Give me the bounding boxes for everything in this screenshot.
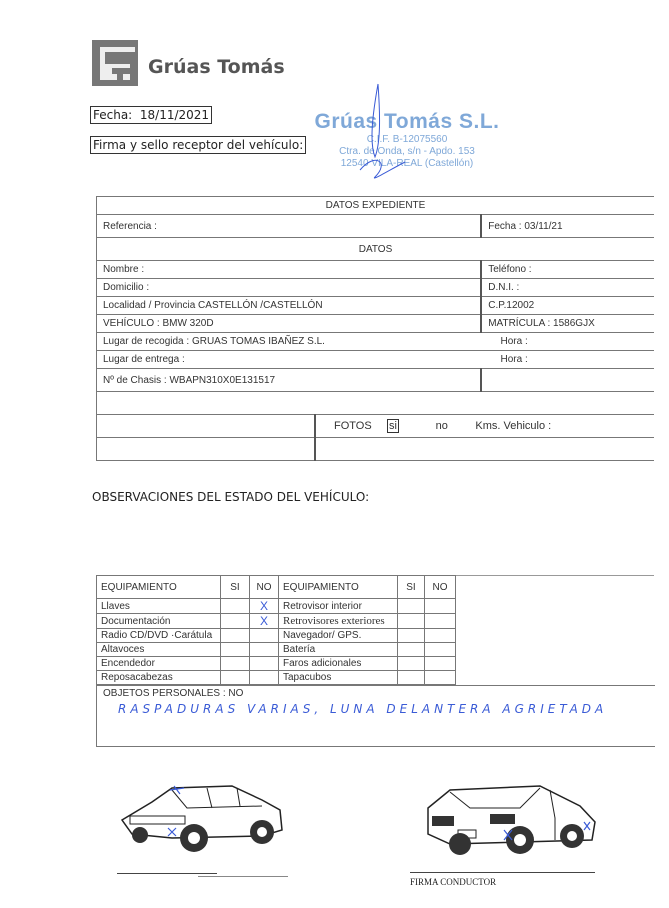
expediente-table: DATOS EXPEDIENTE Referencia : Fecha : 03… [96,196,654,461]
equip-si-right[interactable] [398,629,425,643]
matricula-field: MATRÍCULA : 1586GJX [481,315,654,333]
equip-no-left[interactable] [250,629,279,643]
header-no-right: NO [425,576,456,599]
equip-no-right[interactable] [425,643,456,657]
header-equipamiento-right: EQUIPAMIENTO [279,576,398,599]
equip-item-left: Altavoces [97,643,221,657]
fotos-row: FOTOS si no Kms. Vehiculo : [315,415,654,438]
company-logo-icon [92,40,138,86]
equip-si-left[interactable] [221,599,250,614]
equip-si-left[interactable] [221,657,250,671]
equip-no-right[interactable] [425,671,456,685]
referencia-field: Referencia : [103,221,157,232]
section-title-datos: DATOS [97,238,655,261]
bottom-right-cell [315,438,654,461]
observaciones-title: OBSERVACIONES DEL ESTADO DEL VEHÍCULO: [92,490,369,504]
dni-field: D.N.I. : [481,279,654,297]
equipamiento-row: ReposacabezasTapacubos [97,671,655,685]
equip-item-right: Navegador/ GPS. [279,629,398,643]
lugar-recogida-row: Lugar de recogida : GRUAS TOMAS IBAÑEZ S… [97,333,655,351]
equipamiento-table: EQUIPAMIENTO SI NO EQUIPAMIENTO SI NO Ll… [96,575,654,685]
equip-si-right[interactable] [398,599,425,614]
fotos-si-option[interactable]: si [387,419,399,433]
equip-no-left[interactable]: X [250,599,279,614]
lugar-entrega-field: Lugar de entrega : [103,354,185,365]
equip-si-left[interactable] [221,614,250,629]
equip-item-left: Radio CD/DVD ·Carátula [97,629,221,643]
signature-line-left [117,873,217,874]
signature-line-left-2 [198,876,288,877]
equip-item-right: Tapacubos [279,671,398,685]
equip-si-right[interactable] [398,643,425,657]
equip-item-right: Retrovisores exteriores [279,614,398,629]
equip-item-right: Batería [279,643,398,657]
equip-si-left[interactable] [221,629,250,643]
fecha-expediente: Fecha : 03/11/21 [481,215,654,238]
lugar-recogida-field: Lugar de recogida : GRUAS TOMAS IBAÑEZ S… [103,336,325,347]
domicilio-field: Domicilio : [97,279,482,297]
car-front-diagram-icon [112,780,292,860]
bottom-left-cell [97,438,316,461]
equip-si-left[interactable] [221,671,250,685]
equip-item-right: Retrovisor interior [279,599,398,614]
fotos-no-option[interactable]: no [436,420,448,432]
equip-item-right: Faros adicionales [279,657,398,671]
equipamiento-row: DocumentaciónXRetrovisores exteriores [97,614,655,629]
equip-si-right[interactable] [398,671,425,685]
header-si-left: SI [221,576,250,599]
equip-no-right[interactable] [425,599,456,614]
handwritten-observations: RASPADURAS VARIAS, LUNA DELANTERA AGRIET… [118,702,607,716]
fotos-left-cell [97,415,316,438]
blank-row [97,392,655,415]
equip-item-left: Documentación [97,614,221,629]
equip-item-left: Llaves [97,599,221,614]
hora-entrega-field: Hora : [501,354,528,365]
equip-si-right[interactable] [398,657,425,671]
equip-no-left[interactable] [250,643,279,657]
firma-conductor-line [410,872,595,873]
header-si-right: SI [398,576,425,599]
receiver-signature-label: Firma y sello receptor del vehículo: [90,136,306,154]
equip-item-left: Reposacabezas [97,671,221,685]
chasis-field: Nº de Chasis : WBAPN310X0E131517 [97,369,482,392]
kms-label: Kms. Vehiculo : [475,420,551,432]
equip-no-left[interactable] [250,657,279,671]
signature-scribble-icon [345,82,415,182]
hora-recogida-field: Hora : [501,336,528,347]
cp-field: C.P.12002 [481,297,654,315]
vehiculo-field: VEHÍCULO : BMW 320D [97,315,482,333]
header-no-left: NO [250,576,279,599]
telefono-field: Teléfono : [481,261,654,279]
equip-si-right[interactable] [398,614,425,629]
equip-no-left[interactable]: X [250,614,279,629]
equipamiento-row: AltavocesBatería [97,643,655,657]
equip-no-left[interactable] [250,671,279,685]
localidad-field: Localidad / Provincia CASTELLÓN /CASTELL… [97,297,482,315]
nombre-field: Nombre : [97,261,482,279]
chasis-extra-cell [481,369,654,392]
fotos-label: FOTOS [334,420,372,432]
equip-no-right[interactable] [425,614,456,629]
equip-item-left: Encendedor [97,657,221,671]
section-title-expediente: DATOS EXPEDIENTE [97,197,655,215]
equip-no-right[interactable] [425,629,456,643]
fecha-label: Fecha: [93,108,132,122]
equip-no-right[interactable] [425,657,456,671]
equipamiento-row: LlavesXRetrovisor interior [97,599,655,614]
equipamiento-row: EncendedorFaros adicionales [97,657,655,671]
firma-conductor-label: FIRMA CONDUCTOR [410,877,496,887]
car-rear-diagram-icon [420,778,600,858]
lugar-entrega-row: Lugar de entrega : Hora : [97,351,655,369]
issue-date: Fecha: 18/11/2021 [90,106,212,124]
equip-si-left[interactable] [221,643,250,657]
objetos-personales-label: OBJETOS PERSONALES : NO [103,688,243,699]
fecha-value: 18/11/2021 [140,108,209,122]
equipamiento-blank-area [456,576,655,599]
header-equipamiento-left: EQUIPAMIENTO [97,576,221,599]
company-name: Grúas Tomás [148,56,285,78]
equipamiento-row: Radio CD/DVD ·CarátulaNavegador/ GPS. [97,629,655,643]
